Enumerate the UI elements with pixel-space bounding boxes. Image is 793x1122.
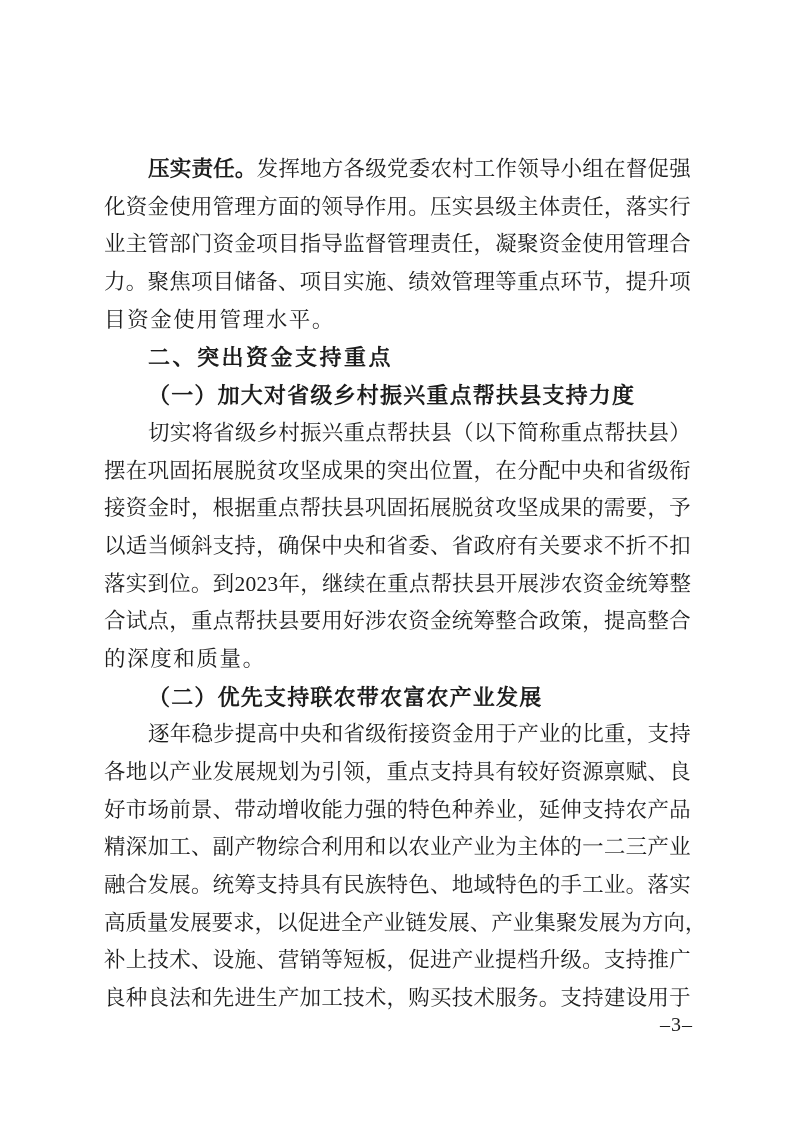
section-heading-level2: （二）优先支持联农带农富农产业发展 (104, 679, 691, 717)
paragraph-line: 切实将省级乡村振兴重点帮扶县（以下简称重点帮扶县） (104, 415, 691, 453)
paragraph-line: 化资金使用管理方面的领导作用。压实县级主体责任，落实行 (104, 189, 691, 227)
paragraph-line: 良种良法和先进生产加工技术，购买技术服务。支持建设用于 (104, 980, 691, 1018)
paragraph-line: 目资金使用管理水平。 (104, 302, 691, 340)
paragraph-line: 压实责任。发挥地方各级党委农村工作领导小组在督促强 (104, 151, 691, 189)
paragraph-line: 高质量发展要求，以促进全产业链发展、产业集聚发展为方向， (104, 905, 691, 943)
page-number: –3– (660, 1014, 693, 1037)
paragraph-line: 补上技术、设施、营销等短板，促进产业提档升级。支持推广 (104, 942, 691, 980)
section-heading-level1: 二、突出资金支持重点 (104, 339, 691, 377)
paragraph-line: 业主管部门资金项目指导监督管理责任，凝聚资金使用管理合 (104, 226, 691, 264)
section-heading-level2: （一）加大对省级乡村振兴重点帮扶县支持力度 (104, 377, 691, 415)
paragraph-line: 摆在巩固拓展脱贫攻坚成果的突出位置，在分配中央和省级衔 (104, 453, 691, 491)
paragraph-line: 力。聚焦项目储备、项目实施、绩效管理等重点环节，提升项 (104, 264, 691, 302)
paragraph-line: 好市场前景、带动增收能力强的特色种养业，延伸支持农产品 (104, 792, 691, 830)
paragraph-line: 精深加工、副产物综合利用和以农业产业为主体的一二三产业 (104, 829, 691, 867)
document-page: 压实责任。发挥地方各级党委农村工作领导小组在督促强 化资金使用管理方面的领导作用… (0, 0, 793, 1122)
document-body: 压实责任。发挥地方各级党委农村工作领导小组在督促强 化资金使用管理方面的领导作用… (104, 151, 691, 1018)
paragraph-line: 融合发展。统筹支持具有民族特色、地域特色的手工业。落实 (104, 867, 691, 905)
paragraph-line: 接资金时，根据重点帮扶县巩固拓展脱贫攻坚成果的需要，予 (104, 490, 691, 528)
paragraph-line: 各地以产业发展规划为引领，重点支持具有较好资源禀赋、良 (104, 754, 691, 792)
paragraph-line: 以适当倾斜支持，确保中央和省委、省政府有关要求不折不扣 (104, 528, 691, 566)
paragraph-line: 逐年稳步提高中央和省级衔接资金用于产业的比重，支持 (104, 716, 691, 754)
paragraph-line: 落实到位。到 2023 年，继续在重点帮扶县开展涉农资金统筹整 (104, 566, 691, 604)
paragraph-line: 合试点，重点帮扶县要用好涉农资金统筹整合政策，提高整合 (104, 603, 691, 641)
paragraph-line: 的深度和质量。 (104, 641, 691, 679)
